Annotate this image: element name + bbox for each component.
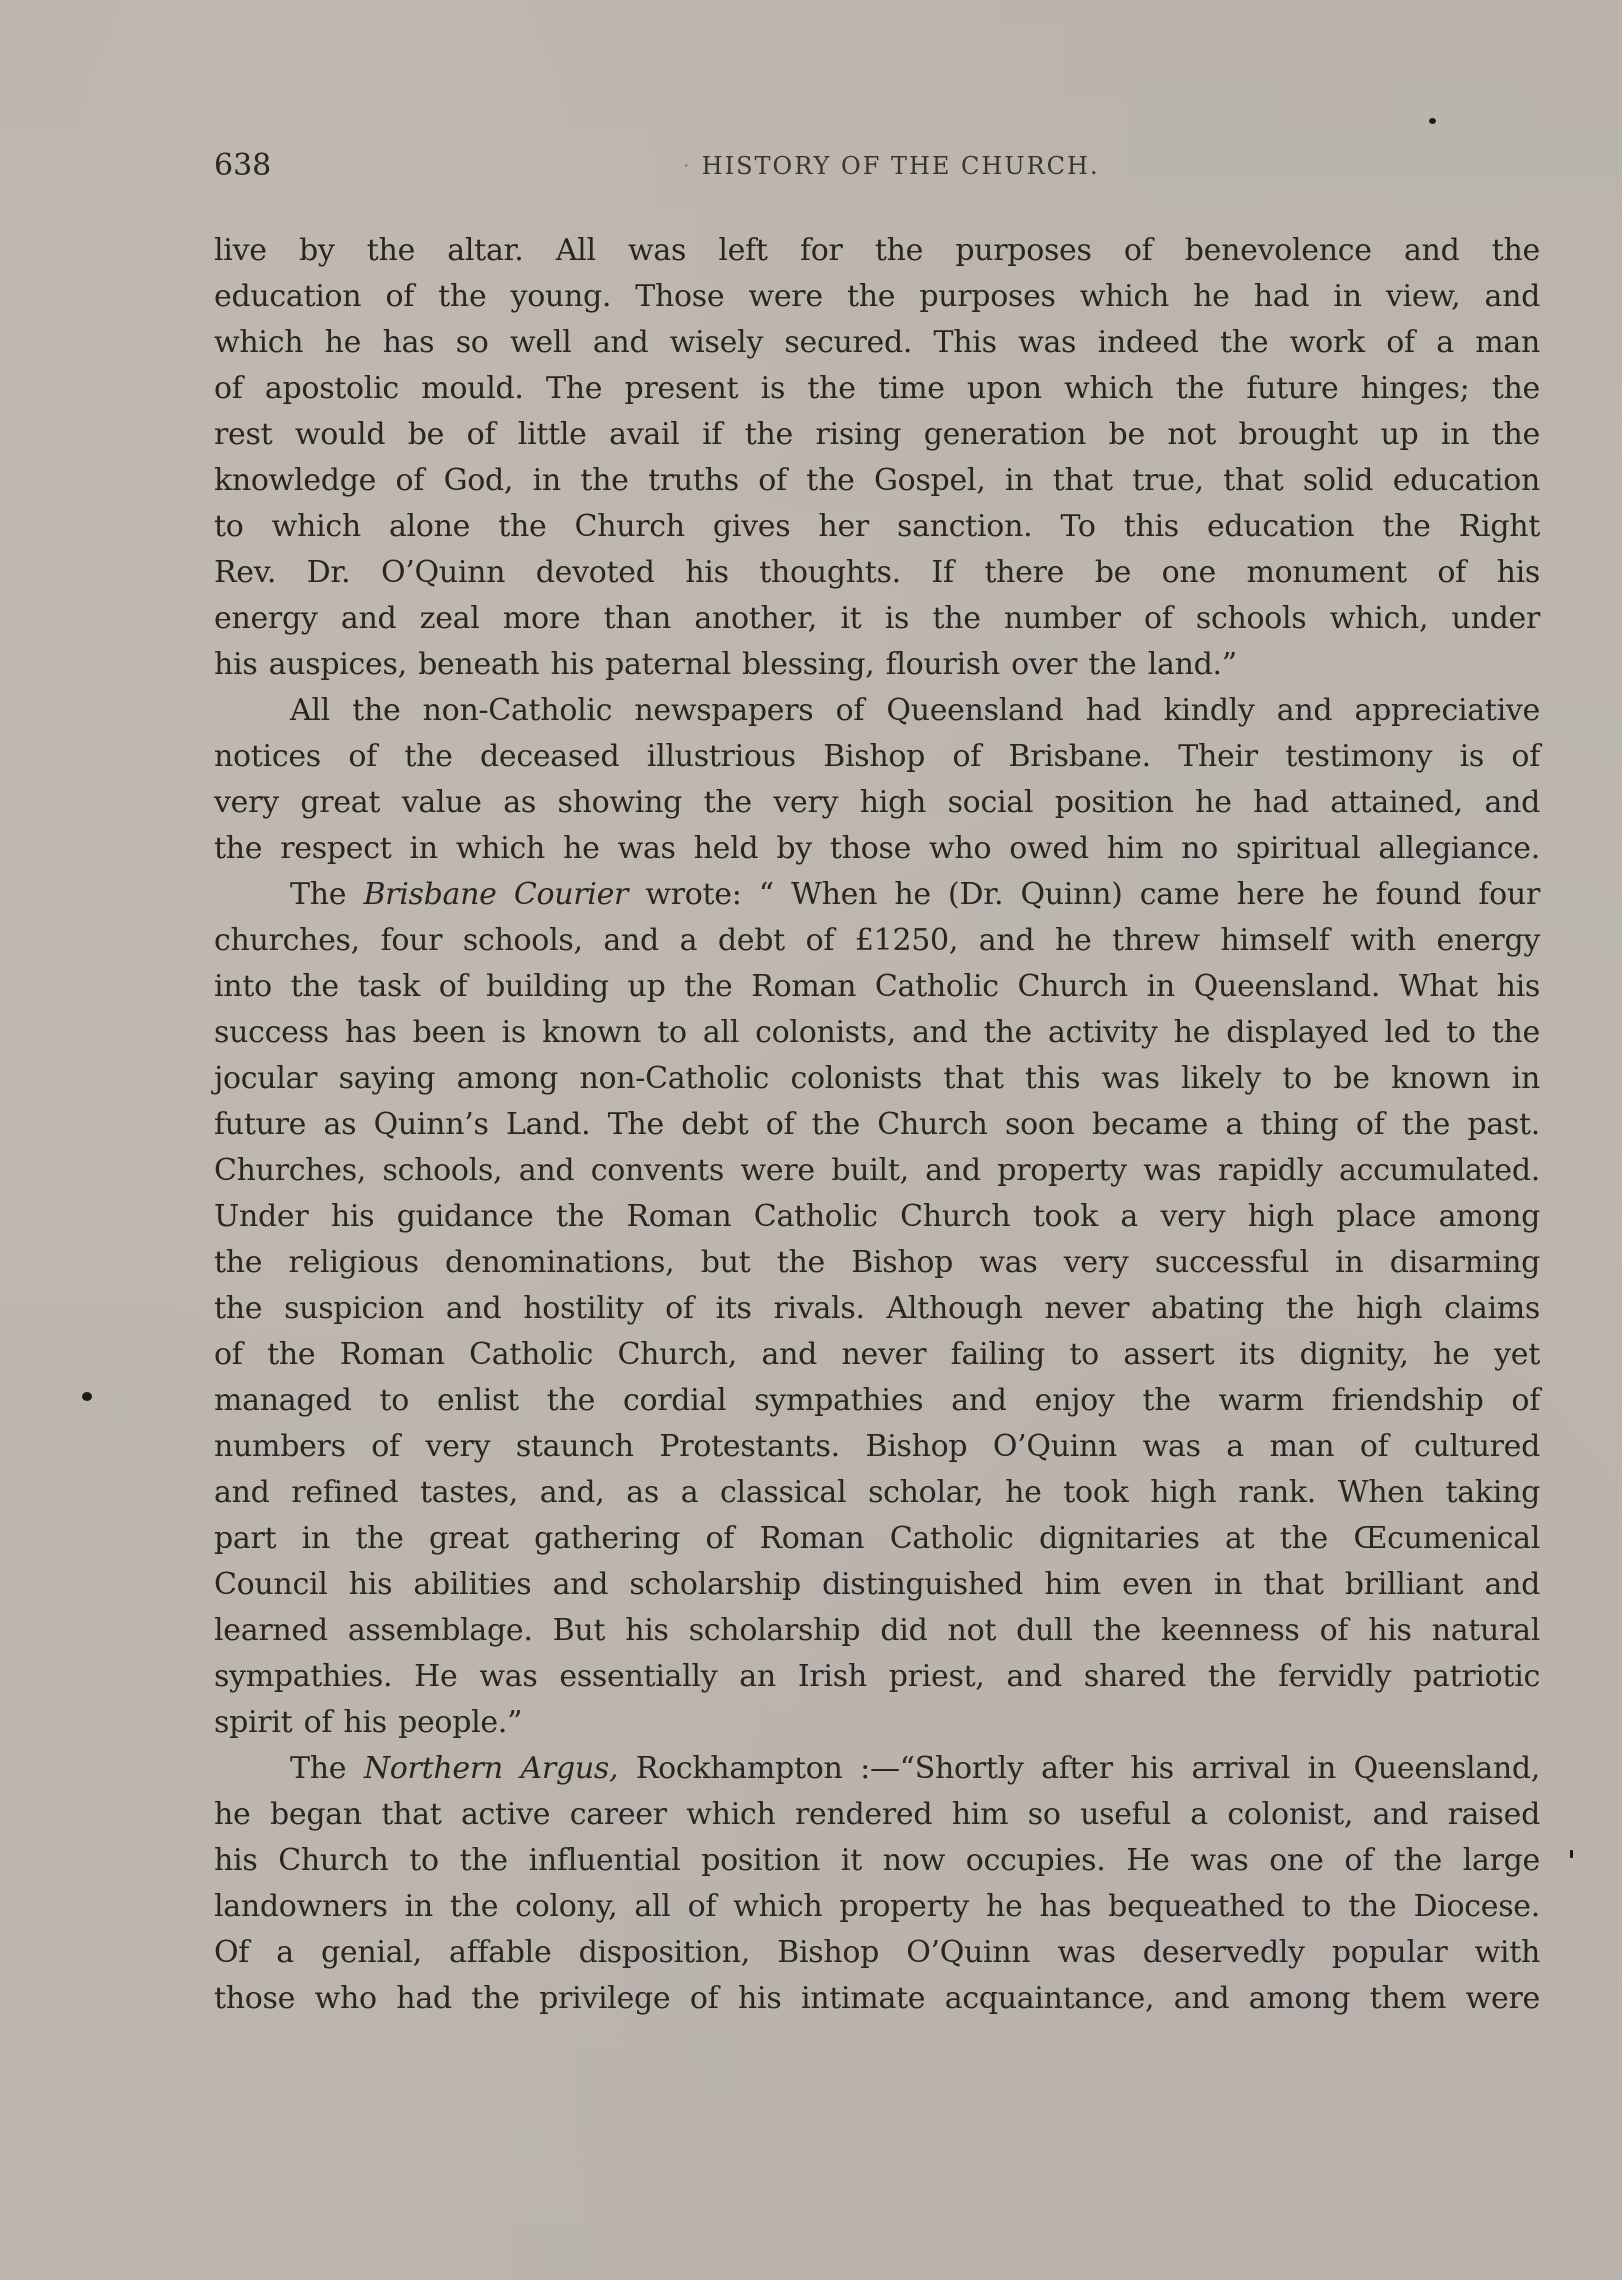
- text-line: rest would be of little avail if the ris…: [214, 412, 1540, 458]
- text-line: into the task of building up the Roman C…: [214, 964, 1540, 1010]
- text-line: he began that active career which render…: [214, 1792, 1540, 1838]
- text-line: The Brisbane Courier wrote: “ When he (D…: [214, 872, 1540, 918]
- text-line: notices of the deceased illustrious Bish…: [214, 734, 1540, 780]
- text-line: to which alone the Church gives her sanc…: [214, 504, 1540, 550]
- text-line: managed to enlist the cordial sympathies…: [214, 1378, 1540, 1424]
- text-line: The Northern Argus, Rockhampton :—“Short…: [214, 1746, 1540, 1792]
- text-line: Of a genial, affable disposition, Bishop…: [214, 1930, 1540, 1976]
- paragraph-3-brisbane-courier: The Brisbane Courier wrote: “ When he (D…: [214, 872, 1540, 1746]
- text-line: education of the young. Those were the p…: [214, 274, 1540, 320]
- text-line: numbers of very staunch Protestants. Bis…: [214, 1424, 1540, 1470]
- newspaper-title: Brisbane Courier: [363, 877, 628, 912]
- ink-speck: [1429, 118, 1436, 124]
- text-line: Churches, schools, and convents were bui…: [214, 1148, 1540, 1194]
- text-line: the religious denominations, but the Bis…: [214, 1240, 1540, 1286]
- text-line: and refined tastes, and, as a classical …: [214, 1470, 1540, 1516]
- text-line: of apostolic mould. The present is the t…: [214, 366, 1540, 412]
- text-line: learned assemblage. But his scholarship …: [214, 1608, 1540, 1654]
- text-line: future as Quinn’s Land. The debt of the …: [214, 1102, 1540, 1148]
- text-line: the suspicion and hostility of its rival…: [214, 1286, 1540, 1332]
- text-line: jocular saying among non-Catholic coloni…: [214, 1056, 1540, 1102]
- newspaper-title: Northern Argus,: [364, 1751, 618, 1786]
- book-page: 638 HISTORY OF THE CHURCH. live by the a…: [0, 0, 1622, 2280]
- text-line: of the Roman Catholic Church, and never …: [214, 1332, 1540, 1378]
- text-line: sympathies. He was essentially an Irish …: [214, 1654, 1540, 1700]
- text-line: his Church to the influential position i…: [214, 1838, 1540, 1884]
- ink-speck: [1570, 1850, 1573, 1858]
- text-line: success has been is known to all colonis…: [214, 1010, 1540, 1056]
- text-line: churches, four schools, and a debt of £1…: [214, 918, 1540, 964]
- paragraph-4-northern-argus: The Northern Argus, Rockhampton :—“Short…: [214, 1746, 1540, 2022]
- paragraph-2: All the non-Catholic newspapers of Queen…: [214, 688, 1540, 872]
- text-line: All the non-Catholic newspapers of Queen…: [214, 688, 1540, 734]
- text-line: spirit of his people.”: [214, 1700, 1540, 1746]
- text-line: the respect in which he was held by thos…: [214, 826, 1540, 872]
- running-head: 638 HISTORY OF THE CHURCH.: [214, 148, 1544, 188]
- running-title: HISTORY OF THE CHURCH.: [214, 152, 1544, 180]
- text-line: Rev. Dr. O’Quinn devoted his thoughts. I…: [214, 550, 1540, 596]
- text-line: those who had the privilege of his intim…: [214, 1976, 1540, 2022]
- text-line: which he has so well and wisely secured.…: [214, 320, 1540, 366]
- text-line: live by the altar. All was left for the …: [214, 228, 1540, 274]
- body-text: live by the altar. All was left for the …: [214, 228, 1540, 2022]
- text-line: very great value as showing the very hig…: [214, 780, 1540, 826]
- text-line: landowners in the colony, all of which p…: [214, 1884, 1540, 1930]
- text-line: knowledge of God, in the truths of the G…: [214, 458, 1540, 504]
- text-line: part in the great gathering of Roman Cat…: [214, 1516, 1540, 1562]
- text-line: Council his abilities and scholarship di…: [214, 1562, 1540, 1608]
- text-line: Under his guidance the Roman Catholic Ch…: [214, 1194, 1540, 1240]
- text-line: energy and zeal more than another, it is…: [214, 596, 1540, 642]
- paragraph-1: live by the altar. All was left for the …: [214, 228, 1540, 688]
- text-line: his auspices, beneath his paternal bless…: [214, 642, 1540, 688]
- ink-speck: [82, 1392, 92, 1401]
